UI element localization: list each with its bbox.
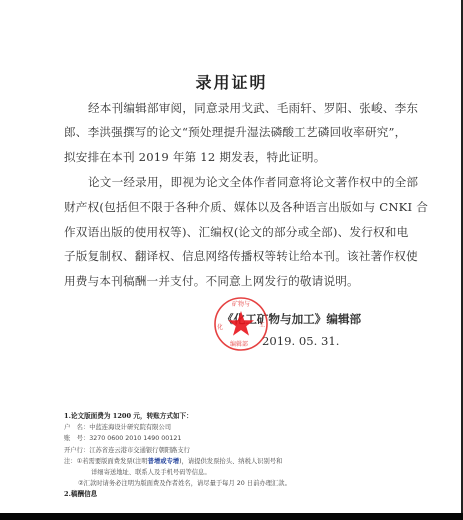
signature-date: 2019. 05. 31.	[262, 334, 339, 348]
account-name-label: 户 名：	[64, 424, 89, 431]
paragraph1-line2: 郎、李洪强撰写的论文“预处理提升湿法磷酸工艺磷回收率研究”，	[64, 124, 406, 140]
payment-notes: 1.论文版面费为 1200 元，转账方式如下： 户 名：中蓝连海设计研究院有限公…	[64, 411, 291, 501]
royalty-heading: 2.稿酬信息	[64, 489, 291, 500]
paragraph2-line2: 财产权(包括但不限于各种介质、媒体以及各种语言出版如与 CNKI 合	[64, 199, 428, 215]
bank-value: 江苏省连云港市交通银行朝阳路支行	[89, 447, 190, 454]
svg-text:工: 工	[259, 322, 265, 329]
note-label: 注：	[64, 458, 77, 465]
paragraph2-line4: 子版复制权、翻译权、信息网络传播权等转让给本刊。该社著作权使	[64, 248, 418, 264]
note1-text-pre: ①若需要版面费发票(注明	[77, 458, 148, 465]
payment-heading: 1.论文版面费为 1200 元，转账方式如下：	[64, 411, 291, 422]
account-name-value: 中蓝连海设计研究院有限公司	[89, 424, 171, 431]
bottom-border	[0, 513, 463, 520]
paragraph2-line5: 用费与本刊稿酬一并支付。不同意上网发行的敬请说明。	[64, 273, 359, 289]
account-number-label: 账 号：	[64, 435, 89, 442]
svg-text:化: 化	[217, 323, 223, 331]
paragraph2-line1: 论文一经录用，即视为论文全体作者同意将论文著作权中的全部	[88, 174, 418, 190]
note1-row: 注：①若需要版面费发票(注明普增或专增)，请提供发票抬头、纳税人识别号和	[64, 456, 291, 467]
svg-text:编辑部: 编辑部	[230, 340, 248, 348]
note2-row: ②汇款时请务必注明为版面费及作者姓名，请尽量于每月 20 日前办理汇款。	[64, 478, 291, 489]
official-seal-icon: 矿物与 化 工 编辑部	[213, 296, 269, 352]
paragraph1-line3: 拟安排在本刊 2019 年第 12 期发表，特此证明。	[64, 149, 326, 165]
account-number-value: 3270 0600 2010 1490 00121	[89, 435, 181, 442]
note1-continuation: 详细寄送地址、联系人及手机号码等信息。	[64, 467, 291, 478]
document-title: 录用证明	[0, 70, 462, 93]
document-page: 录用证明 经本刊编辑部审阅，同意录用戈武、毛雨轩、罗阳、张峻、李东 郎、李洪强撰…	[0, 0, 462, 513]
note1-text-post: )，请提供发票抬头、纳税人识别号和	[179, 458, 282, 465]
bank-row: 开户行：江苏省连云港市交通银行朝阳路支行	[64, 445, 291, 456]
note1-highlight: 普增或专增	[148, 458, 179, 465]
paragraph2-line3: 作双语出版的使用权等)、汇编权(论文的部分或全部)、发行权和电	[64, 224, 408, 240]
bank-label: 开户行：	[64, 447, 89, 454]
account-number-row: 账 号：3270 0600 2010 1490 00121	[64, 433, 291, 444]
svg-text:矿物与: 矿物与	[232, 300, 250, 308]
paragraph1-line1: 经本刊编辑部审阅，同意录用戈武、毛雨轩、罗阳、张峻、李东	[88, 100, 418, 116]
account-name-row: 户 名：中蓝连海设计研究院有限公司	[64, 422, 291, 433]
